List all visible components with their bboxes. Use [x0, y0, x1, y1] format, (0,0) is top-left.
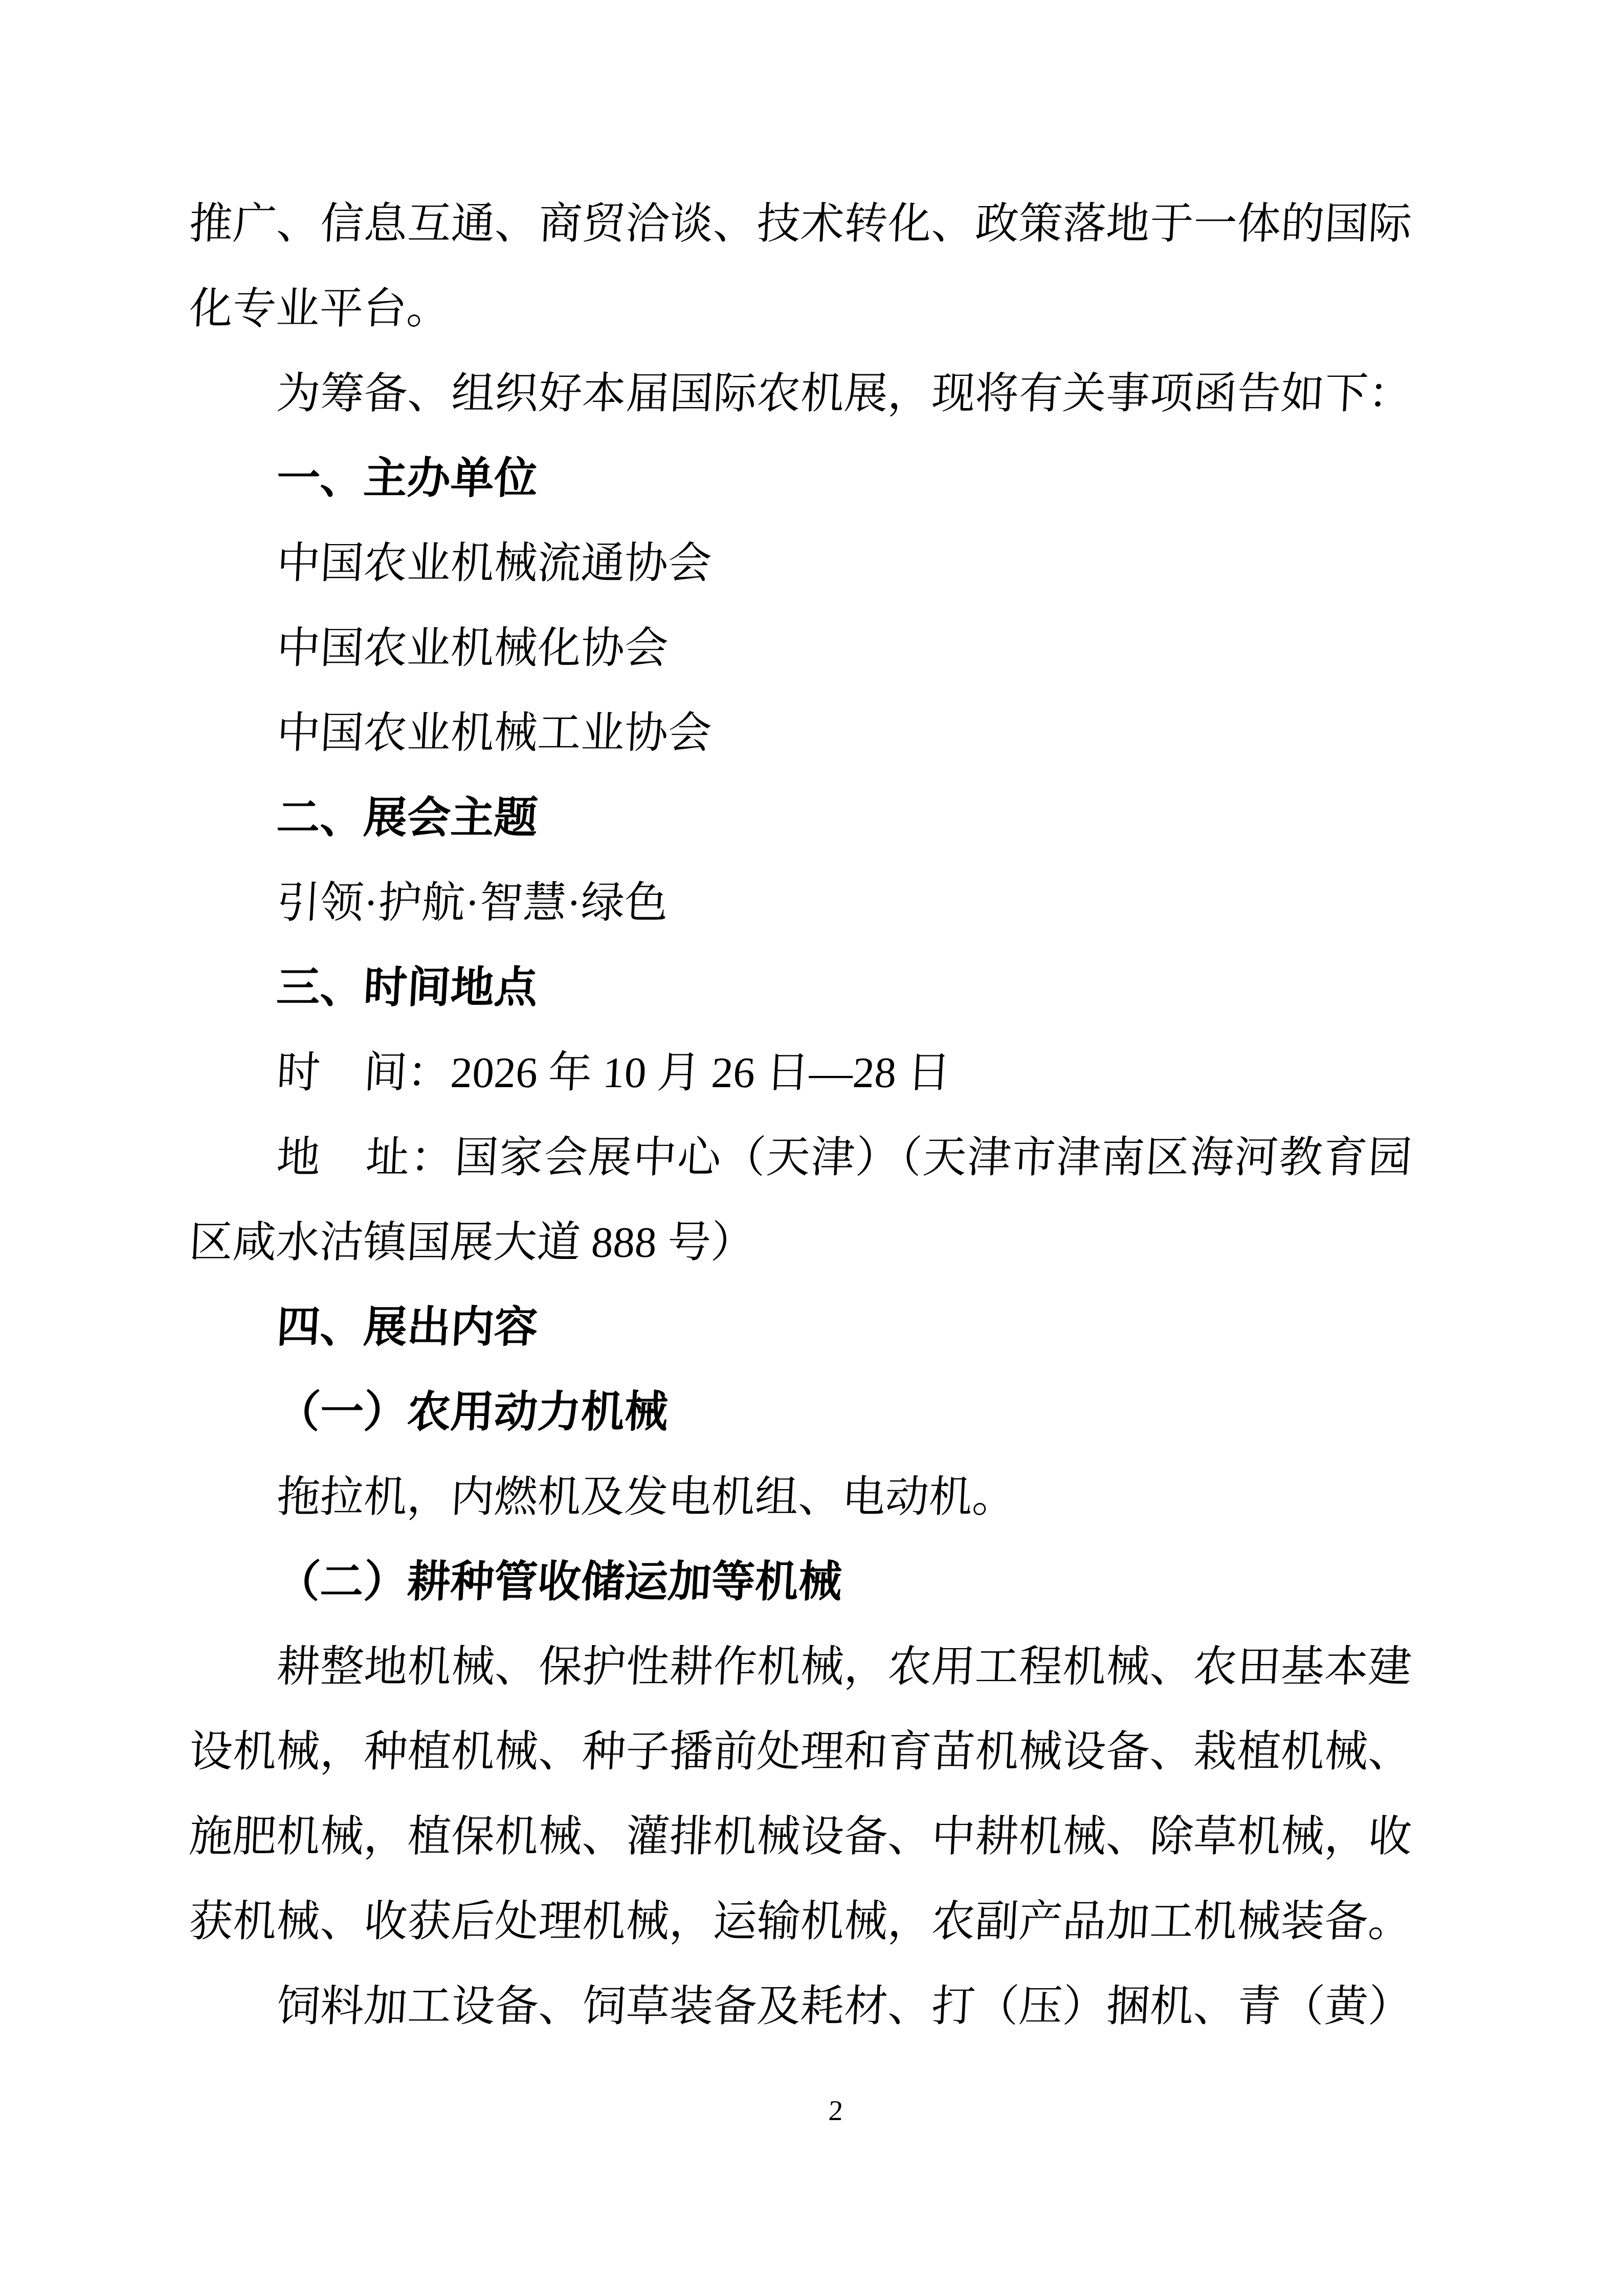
- paragraph-line: 拖拉机，内燃机及发电机组、电动机。: [187, 1455, 1414, 1540]
- time-line: 时 间：2026 年 10 月 26 日—28 日: [187, 1030, 1414, 1115]
- section-heading-2: 二、展会主题: [187, 776, 1414, 861]
- document-body: 推广、信息互通、商贸洽谈、技术转化、政策落地于一体的国际 化专业平台。 为筹备、…: [189, 182, 1412, 2049]
- paragraph-line: 获机械、收获后处理机械，运输机械，农副产品加工机械装备。: [187, 1879, 1414, 1964]
- paragraph-line: 推广、信息互通、商贸洽谈、技术转化、政策落地于一体的国际: [187, 182, 1414, 266]
- address-line: 区咸水沽镇国展大道 888 号）: [187, 1200, 1414, 1285]
- paragraph-line: 为筹备、组织好本届国际农机展，现将有关事项函告如下：: [187, 351, 1414, 436]
- paragraph-line: 施肥机械，植保机械、灌排机械设备、中耕机械、除草机械，收: [187, 1794, 1414, 1879]
- address-line: 地 址：国家会展中心（天津）（天津市津南区海河教育园: [187, 1115, 1414, 1200]
- organizer-line: 中国农业机械流通协会: [187, 521, 1414, 606]
- subsection-heading: （一）农用动力机械: [187, 1370, 1414, 1455]
- page-number: 2: [828, 2096, 843, 2126]
- paragraph-line: 设机械，种植机械、种子播前处理和育苗机械设备、栽植机械、: [187, 1709, 1414, 1794]
- organizer-line: 中国农业机械化协会: [187, 606, 1414, 691]
- paragraph-line: 饲料加工设备、饲草装备及耗材、打（压）捆机、青（黄）: [187, 1964, 1414, 2049]
- document-page: 推广、信息互通、商贸洽谈、技术转化、政策落地于一体的国际 化专业平台。 为筹备、…: [0, 0, 1624, 2296]
- paragraph-line: 化专业平台。: [187, 266, 1414, 351]
- subsection-heading: （二）耕种管收储运加等机械: [187, 1540, 1414, 1625]
- theme-line: 引领·护航·智慧·绿色: [187, 861, 1414, 946]
- section-heading-3: 三、时间地点: [187, 946, 1414, 1030]
- section-heading-1: 一、主办单位: [187, 436, 1414, 521]
- organizer-line: 中国农业机械工业协会: [187, 691, 1414, 776]
- paragraph-line: 耕整地机械、保护性耕作机械，农用工程机械、农田基本建: [187, 1625, 1414, 1709]
- section-heading-4: 四、展出内容: [187, 1285, 1414, 1370]
